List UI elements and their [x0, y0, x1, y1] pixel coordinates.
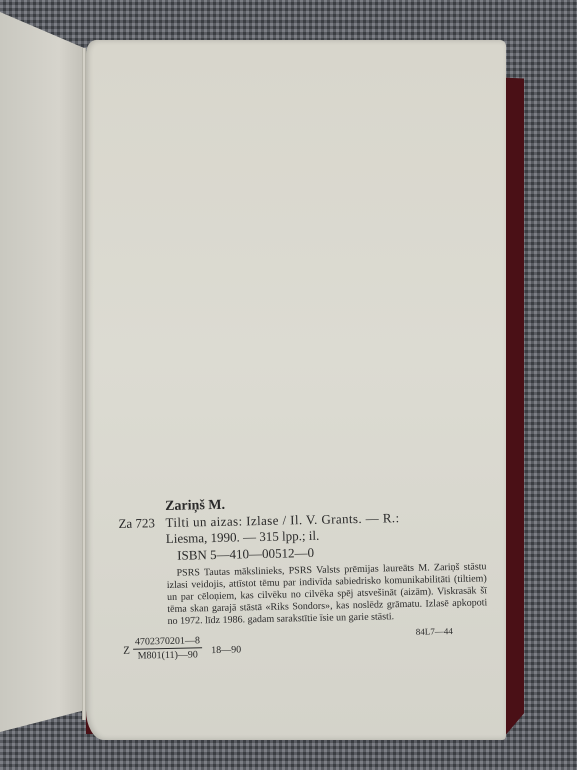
catalog-fraction: 4702370201—8 M801(11)—90	[133, 635, 203, 662]
catalog-imprint: Zariņš M. Za 723 Tilti un aizas: Izlase …	[118, 492, 493, 669]
photo-scene: Zariņš M. Za 723 Tilti un aizas: Izlase …	[0, 0, 577, 770]
z-letter: Z	[123, 645, 130, 657]
book-gutter	[82, 48, 86, 720]
bbk-code: 84L7—44	[416, 626, 453, 637]
price-code: 18—90	[211, 644, 241, 656]
annotation-text: PSRS Tautas mākslinieks, PSRS Valsts prē…	[166, 561, 487, 628]
fraction-denominator: M801(11)—90	[133, 648, 202, 662]
left-page	[0, 12, 84, 732]
class-code: Za 723	[118, 515, 165, 532]
